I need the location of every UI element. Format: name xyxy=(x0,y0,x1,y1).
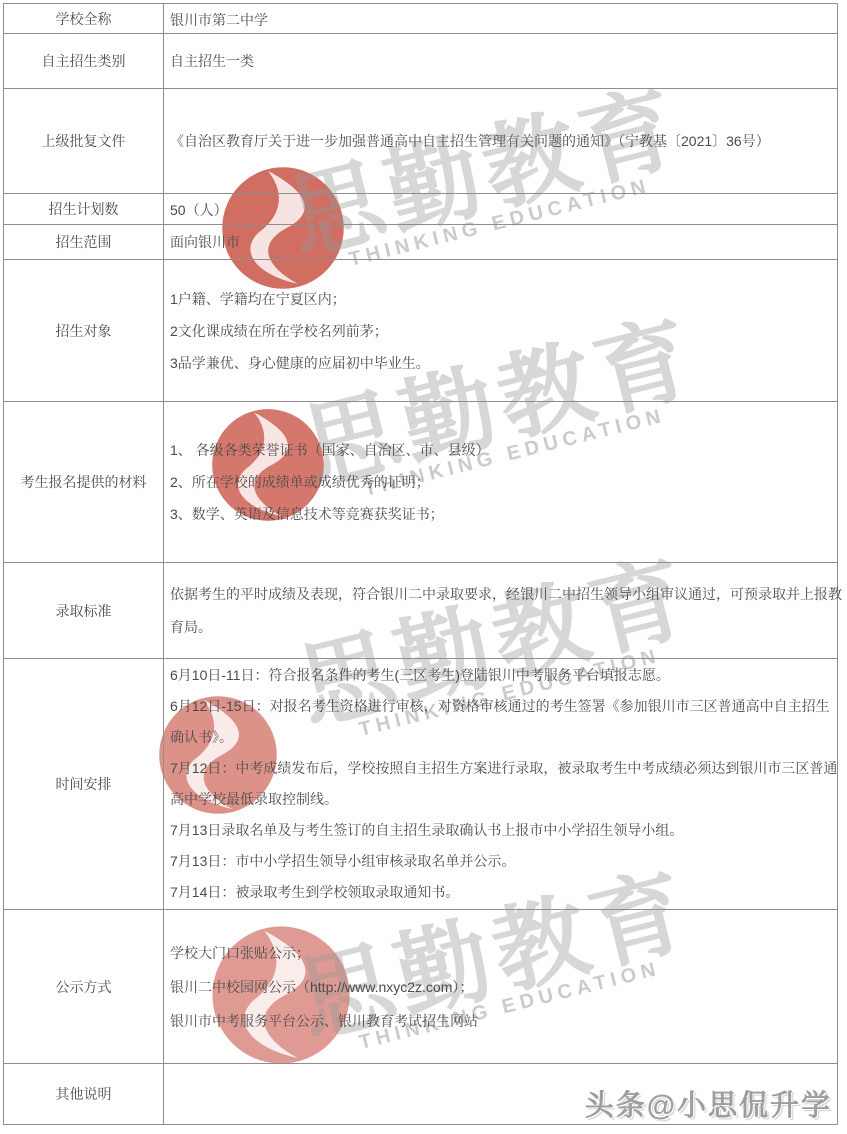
value-enrollment-plan: 50（人） xyxy=(164,194,837,224)
label-enrollment-targets: 招生对象 xyxy=(4,260,164,401)
value-schedule: 6月10日-11日：符合报名条件的考生(三区考生)登陆银川中考服务平台填报志愿。… xyxy=(164,659,845,909)
text-line: 学校大门口张贴公示； xyxy=(170,936,829,970)
table-row-approval-document: 上级批复文件 《自治区教育厅关于进一步加强普通高中自主招生管理有关问题的通知》（… xyxy=(4,89,837,194)
text-line: 3品学兼优、身心健康的应届初中毕业生。 xyxy=(170,347,829,379)
text-line: 确认书》。 xyxy=(170,722,837,753)
label-school-name: 学校全称 xyxy=(4,4,164,33)
table-row-admission-criteria: 录取标准 依据考生的平时成绩及表现，符合银川二中录取要求，经银川二中招生领导小组… xyxy=(4,563,837,659)
label-enrollment-category: 自主招生类别 xyxy=(4,34,164,88)
text-line: 7月13日录取名单及与考生签订的自主招生录取确认书上报市中小学招生领导小组。 xyxy=(170,815,837,846)
table-row-school-name: 学校全称 银川市第二中学 xyxy=(4,4,837,34)
text-line: 6月10日-11日：符合报名条件的考生(三区考生)登陆银川中考服务平台填报志愿。 xyxy=(170,660,837,691)
toutiao-credit: 头条@小思侃升学 xyxy=(585,1083,832,1124)
text-line: 银川二中校园网公示（http://www.nxyc2z.com）； xyxy=(170,970,829,1004)
label-enrollment-scope: 招生范围 xyxy=(4,225,164,259)
text-line: 2文化课成绩在所在学校名列前茅； xyxy=(170,315,829,347)
text-line: 7月13日：市中小学招生领导小组审核录取名单并公示。 xyxy=(170,846,837,877)
text-line: 6月12日-15日：对报名考生资格进行审核，对资格审核通过的考生签署《参加银川市… xyxy=(170,691,837,722)
label-schedule: 时间安排 xyxy=(4,659,164,909)
text-line: 2、所在学校的成绩单或成绩优秀的证明； xyxy=(170,466,829,498)
label-application-materials: 考生报名提供的材料 xyxy=(4,402,164,562)
table-row-enrollment-plan: 招生计划数 50（人） xyxy=(4,194,837,225)
label-publicity-method: 公示方式 xyxy=(4,910,164,1063)
page: 思勤教育 THINKING EDUCATION 思勤教育 THINKING ED… xyxy=(0,0,847,1134)
text-line: 3、数学、英语及信息技术等竞赛获奖证书； xyxy=(170,498,829,530)
text-line: 1、 各级各类荣誉证书（国家、自治区、市、县级） xyxy=(170,434,829,466)
table-row-publicity-method: 公示方式 学校大门口张贴公示； 银川二中校园网公示（http://www.nxy… xyxy=(4,910,837,1064)
label-other-notes: 其他说明 xyxy=(4,1064,164,1124)
text-line: 银川市第二中学 xyxy=(170,4,829,33)
table-row-enrollment-targets: 招生对象 1户籍、学籍均在宁夏区内； 2文化课成绩在所在学校名列前茅； 3品学兼… xyxy=(4,260,837,402)
label-enrollment-plan: 招生计划数 xyxy=(4,194,164,224)
text-line: 高中学校最低录取控制线。 xyxy=(170,784,837,815)
table-row-schedule: 时间安排 6月10日-11日：符合报名条件的考生(三区考生)登陆银川中考服务平台… xyxy=(4,659,837,910)
value-admission-criteria: 依据考生的平时成绩及表现，符合银川二中录取要求，经银川二中招生领导小组审议通过，… xyxy=(164,563,847,658)
label-admission-criteria: 录取标准 xyxy=(4,563,164,658)
table-row-enrollment-category: 自主招生类别 自主招生一类 xyxy=(4,34,837,89)
info-table: 学校全称 银川市第二中学 自主招生类别 自主招生一类 上级批复文件 《自治区教育… xyxy=(3,3,838,1125)
text-line: 1户籍、学籍均在宁夏区内； xyxy=(170,283,829,315)
value-school-name: 银川市第二中学 xyxy=(164,4,837,33)
text-line: 自主招生一类 xyxy=(170,45,829,77)
text-line: 育局。 xyxy=(170,611,842,644)
text-line: 依据考生的平时成绩及表现，符合银川二中录取要求，经银川二中招生领导小组审议通过，… xyxy=(170,578,842,611)
value-publicity-method: 学校大门口张贴公示； 银川二中校园网公示（http://www.nxyc2z.c… xyxy=(164,910,837,1063)
value-enrollment-targets: 1户籍、学籍均在宁夏区内； 2文化课成绩在所在学校名列前茅； 3品学兼优、身心健… xyxy=(164,260,837,401)
label-approval-document: 上级批复文件 xyxy=(4,89,164,193)
text-line: 7月14日：被录取考生到学校领取录取通知书。 xyxy=(170,877,837,908)
text-line: 面向银川市 xyxy=(170,226,829,258)
text-line: 50（人） xyxy=(170,194,829,224)
text-line: 《自治区教育厅关于进一步加强普通高中自主招生管理有关问题的通知》（宁教基〔202… xyxy=(170,125,829,157)
table-row-application-materials: 考生报名提供的材料 1、 各级各类荣誉证书（国家、自治区、市、县级） 2、所在学… xyxy=(4,402,837,563)
table-row-enrollment-scope: 招生范围 面向银川市 xyxy=(4,225,837,260)
value-enrollment-category: 自主招生一类 xyxy=(164,34,837,88)
value-application-materials: 1、 各级各类荣誉证书（国家、自治区、市、县级） 2、所在学校的成绩单或成绩优秀… xyxy=(164,402,837,562)
text-line: 7月12日：中考成绩发布后，学校按照自主招生方案进行录取，被录取考生中考成绩必须… xyxy=(170,753,837,784)
value-enrollment-scope: 面向银川市 xyxy=(164,225,837,259)
value-approval-document: 《自治区教育厅关于进一步加强普通高中自主招生管理有关问题的通知》（宁教基〔202… xyxy=(164,89,837,193)
text-line: 银川市中考服务平台公示、银川教育考试招生网站 xyxy=(170,1004,829,1038)
